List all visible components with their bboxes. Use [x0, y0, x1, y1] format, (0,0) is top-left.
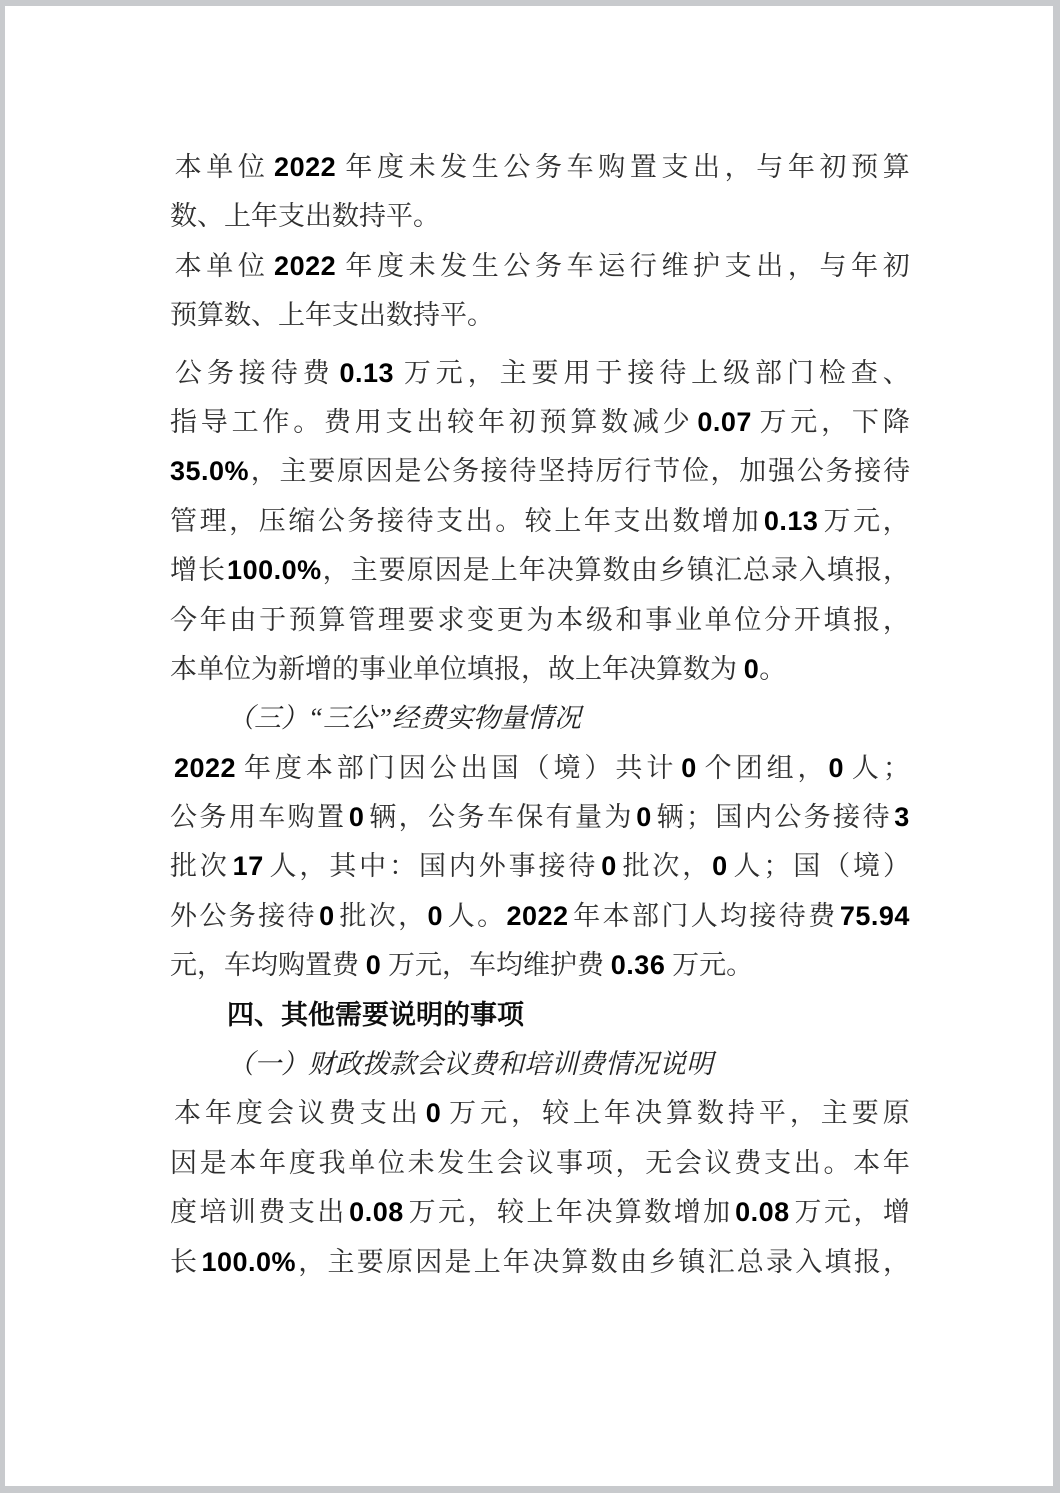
subsection-heading: （三）“三公”经费实物量情况	[170, 694, 910, 743]
text-line: 今年由于预算管理要求变更为本级和事业单位分开填报，	[170, 596, 910, 645]
numeric-value: 2022	[174, 744, 236, 793]
numeric-value: 0	[744, 654, 760, 684]
text-line: 因是本年度我单位未发生会议事项，无会议费支出。本年	[170, 1139, 910, 1188]
text-line: 公务用车购置0辆，公务车保有量为0辆；国内公务接待3	[170, 793, 910, 842]
text-line: 预算数、上年支出数持平。	[170, 291, 910, 340]
text-line: 本单位2022年度未发生公务车购置支出，与年初预算	[170, 143, 910, 192]
text-line: 度培训费支出0.08万元，较上年决算数增加0.08万元，增	[170, 1188, 910, 1237]
text-line: 35.0%，主要原因是公务接待坚持厉行节俭，加强公务接待	[170, 447, 910, 496]
numeric-value: 0.08	[349, 1188, 404, 1237]
numeric-value: 0	[427, 892, 443, 941]
numeric-value: 17	[233, 842, 264, 891]
numeric-value: 0.13	[339, 349, 394, 398]
numeric-value: 100.0%	[227, 546, 322, 595]
text-line: 数、上年支出数持平。	[170, 192, 910, 241]
text-line: 元，车均购置费 0 万元，车均维护费 0.36 万元。	[170, 941, 910, 990]
numeric-value: 0	[681, 744, 697, 793]
text-line: 本单位2022年度未发生公务车运行维护支出，与年初	[170, 242, 910, 291]
document-page: 本单位2022年度未发生公务车购置支出，与年初预算数、上年支出数持平。本单位20…	[5, 6, 1053, 1486]
numeric-value: 0.08	[735, 1188, 790, 1237]
numeric-value: 0	[601, 842, 617, 891]
numeric-value: 2022	[274, 143, 336, 192]
numeric-value: 0	[636, 793, 652, 842]
text-line: 外公务接待0批次，0人。2022年本部门人均接待费75.94	[170, 892, 910, 941]
numeric-value: 0	[828, 744, 844, 793]
numeric-value: 0	[349, 793, 365, 842]
text-line: 管理，压缩公务接待支出。较上年支出数增加0.13万元，	[170, 497, 910, 546]
section-heading: 四、其他需要说明的事项	[170, 991, 910, 1040]
text-line: 本年度会议费支出0万元，较上年决算数持平，主要原	[170, 1089, 910, 1138]
numeric-value: 0	[712, 842, 728, 891]
numeric-value: 0.13	[764, 497, 819, 546]
numeric-value: 0.07	[697, 398, 752, 447]
numeric-value: 0.36	[611, 950, 666, 980]
text-line: 本单位为新增的事业单位填报，故上年决算数为 0。	[170, 645, 910, 694]
subsection-heading: （一）财政拨款会议费和培训费情况说明	[170, 1040, 910, 1089]
numeric-value: 0	[319, 892, 335, 941]
text-line: 批次17人，其中：国内外事接待0批次，0人；国（境）	[170, 842, 910, 891]
numeric-value: 0	[426, 1089, 442, 1138]
numeric-value: 75.94	[840, 892, 910, 941]
text-line: 2022年度本部门因公出国（境）共计0个团组，0人；	[170, 744, 910, 793]
document-content: 本单位2022年度未发生公务车购置支出，与年初预算数、上年支出数持平。本单位20…	[170, 143, 910, 1287]
text-line: 指导工作。费用支出较年初预算数减少0.07万元，下降	[170, 398, 910, 447]
text-line: 增长100.0%，主要原因是上年决算数由乡镇汇总录入填报，	[170, 546, 910, 595]
scanned-document-background: { "page": { "background_color": "#ffffff…	[0, 0, 1060, 1493]
text-line: 公务接待费0.13万元，主要用于接待上级部门检查、	[170, 349, 910, 398]
numeric-value: 100.0%	[201, 1238, 296, 1287]
numeric-value: 2022	[274, 242, 336, 291]
numeric-value: 3	[894, 793, 910, 842]
text-line: 长100.0%，主要原因是上年决算数由乡镇汇总录入填报，	[170, 1238, 910, 1287]
numeric-value: 0	[366, 950, 382, 980]
numeric-value: 2022	[506, 892, 568, 941]
numeric-value: 35.0%	[170, 447, 249, 496]
